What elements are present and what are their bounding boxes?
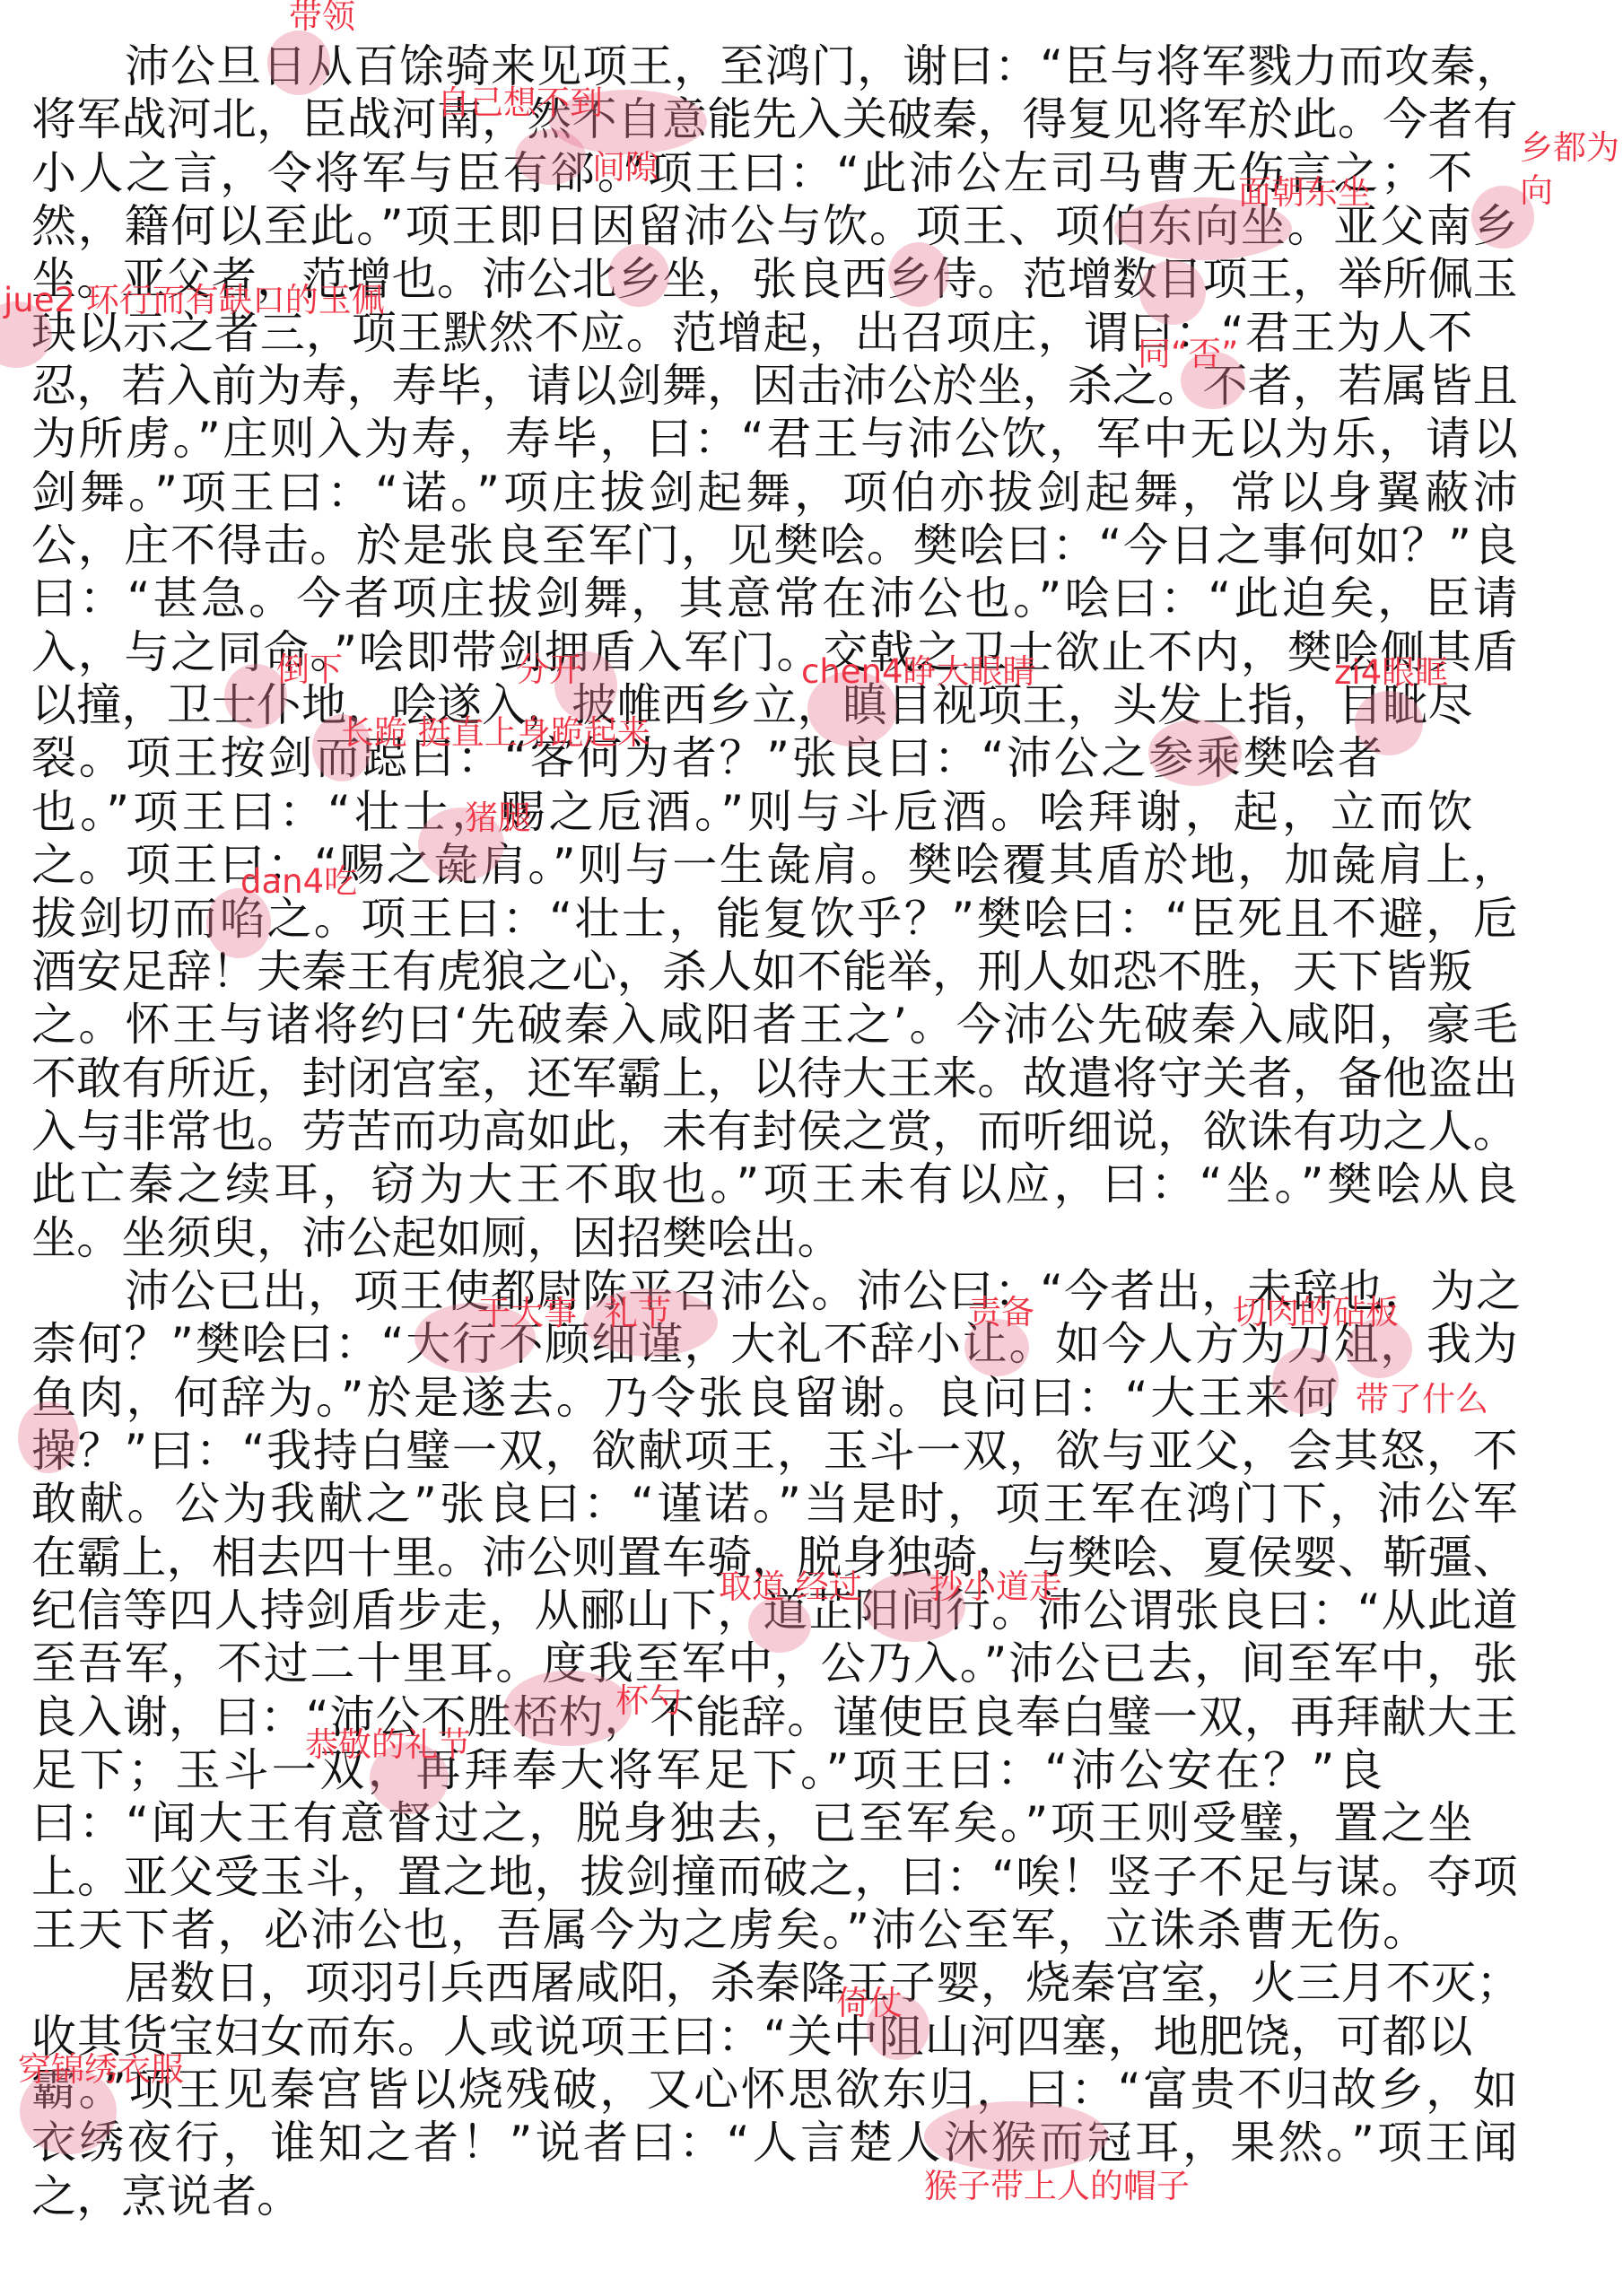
annotation-note: 抄小道走 xyxy=(929,1570,1062,1603)
text-line: 为所虏。”庄则入为寿，寿毕，曰：“君王与沛公饮，军中无以为乐，请以 xyxy=(31,413,1518,466)
text-line: 也。”项王曰：“壮士，赐之卮酒。”则与斗卮酒。哙拜谢，起，立而饮 xyxy=(31,786,1472,839)
text-line: 不敢有所近，封闭宫室，还军霸上，以待大王来。故遣将守关者，备他盗出 xyxy=(31,1052,1518,1105)
text-line: 敢献。公为我献之”张良曰：“谨诺。”当是时，项王军在鸿门下，沛公军 xyxy=(31,1478,1518,1531)
annotation-note: 倒下 xyxy=(276,653,343,686)
annotation-note: 穿锦绣衣服 xyxy=(18,2053,184,2086)
text-line: 以撞，卫士仆地，哙遂入，披帷西乡立，瞋目视项王，头发上指，目眦尽 xyxy=(31,679,1472,732)
annotation-note: 礼节 xyxy=(605,1296,671,1330)
annotation-note: 乡都为 xyxy=(1520,131,1619,164)
annotation-note: 杯勺 xyxy=(615,1684,682,1717)
annotation-note: 长跪 挺直上身跪起来 xyxy=(341,716,650,749)
annotation-note: 带了什么 xyxy=(1356,1383,1488,1416)
text-line: 之。怀王与诸将约曰‘先破秦入咸阳者王之’。今沛公先破秦入咸阳，豪毛 xyxy=(31,999,1518,1052)
annotation-note: 面朝东坐 xyxy=(1238,176,1371,209)
text-line: 鱼肉，何辞为。”於是遂去。乃令张良留谢。良问曰：“大王来何 xyxy=(31,1372,1338,1425)
text-line: 裂。项王按剑而跽曰：“客何为者？”张良曰：“沛公之参乘樊哙者 xyxy=(31,732,1383,785)
text-line: 居数日，项羽引兵西屠咸阳，杀秦降王子婴，烧秦宫室，火三月不灭； xyxy=(125,1957,1521,2010)
annotation-note: 猴子带上人的帽子 xyxy=(924,2169,1190,2203)
text-line: 至吾军，不过二十里耳。度我至军中，公乃入。”沛公已去，间至军中，张 xyxy=(31,1637,1518,1690)
annotation-note: 自己想不到 xyxy=(437,86,603,119)
text-line: 忍，若入前为寿，寿毕，请以剑舞，因击沛公於坐，杀之。不者，若属皆且 xyxy=(31,360,1518,413)
annotation-note: 取道 经过 xyxy=(719,1570,862,1603)
text-line: 霸。”项王见秦宫皆以烧残破，又心怀思欲东归，曰：“富贵不归故乡，如 xyxy=(31,2064,1518,2117)
text-line: 将军战河北，臣战河南，然不自意能先入关破秦，得复见将军於此。今者有 xyxy=(31,93,1518,146)
text-line: 王天下者，必沛公也，吾属今为之虏矣。”沛公至军，立诛杀曹无伤。 xyxy=(31,1904,1427,1957)
text-line: 操？”曰：“我持白璧一双，欲献项王，玉斗一双，欲与亚父，会其怒，不 xyxy=(31,1425,1518,1478)
text-line: 上。亚父受玉斗，置之地，拔剑撞而破之，曰：“唉！竖子不足与谋。夺项 xyxy=(31,1851,1518,1904)
text-line: 曰：“闻大王有意督过之，脱身独去，已至军矣。”项王则受璧，置之坐 xyxy=(31,1797,1472,1850)
text-line: 良入谢，曰：“沛公不胜桮杓，不能辞。谨使臣良奉白璧一双，再拜献大王 xyxy=(31,1691,1518,1744)
text-line: 坐。坐须臾，沛公起如厕，因招樊哙出。 xyxy=(31,1212,842,1265)
document-body: 沛公旦日从百馀骑来见项王，至鸿门，谢曰：“臣与将军戮力而攻秦， 将军战河北，臣战… xyxy=(31,40,1592,2223)
text-line: 曰：“甚急。今者项庄拔剑舞，其意常在沛公也。”哙曰：“此迫矣，臣请 xyxy=(31,572,1518,625)
annotation-note: jue2 环行而有缺口的玉佩 xyxy=(4,284,385,317)
text-line: 之，烹说者。 xyxy=(31,2170,301,2223)
annotation-note: 同“否” xyxy=(1138,337,1238,371)
annotation-note: 恭敬的礼节 xyxy=(305,1728,471,1761)
annotation-note: 向 xyxy=(1520,174,1553,207)
text-line: 入，与之同命。”哙即带剑拥盾入军门。交戟之卫士欲止不内，樊哙侧其盾 xyxy=(31,626,1518,679)
annotation-note: 带领 xyxy=(289,0,355,33)
annotation-note: 分开 xyxy=(516,653,582,686)
text-line: 公，庄不得击。於是张良至军门，见樊哙。樊哙曰：“今日之事何如？”良 xyxy=(31,519,1518,572)
annotation-note: chen4睁大眼睛 xyxy=(801,655,1036,688)
annotation-note: dan4吃 xyxy=(240,865,357,898)
text-line: 酒安足辞！夫秦王有虎狼之心，杀人如不能举，刑人如恐不胜，天下皆叛 xyxy=(31,946,1472,999)
annotation-note: 切肉的砧板 xyxy=(1233,1296,1399,1329)
text-line: 剑舞。”项王曰：“诺。”项庄拔剑起舞，项伯亦拔剑起舞，常以身翼蔽沛 xyxy=(31,467,1518,519)
annotation-note: 责备 xyxy=(968,1296,1034,1329)
text-line: 入与非常也。劳苦而功高如此，未有封侯之赏，而听细说，欲诛有功之人。 xyxy=(31,1105,1518,1158)
text-line: 沛公旦日从百馀骑来见项王，至鸿门，谢曰：“臣与将军戮力而攻秦， xyxy=(125,40,1521,93)
text-line: 衣绣夜行，谁知之者！”说者曰：“人言楚人沐猴而冠耳，果然。”项王闻 xyxy=(31,2117,1518,2169)
text-line: 此亡秦之续耳，窃为大王不取也。”项王未有以应，曰：“坐。”樊哙从良 xyxy=(31,1158,1518,1211)
annotation-note: 猪腿 xyxy=(465,801,531,834)
annotation-note: 干大事 xyxy=(477,1296,577,1330)
paragraph: 居数日，项羽引兵西屠咸阳，杀秦降王子婴，烧秦宫室，火三月不灭； 收其货宝妇女而东… xyxy=(31,1957,1592,2223)
text-line: 足下；玉斗一双，再拜奉大将军足下。”项王曰：“沛公安在？”良 xyxy=(31,1744,1383,1797)
document-page: 沛公旦日从百馀骑来见项王，至鸿门，谢曰：“臣与将军戮力而攻秦， 将军战河北，臣战… xyxy=(0,0,1623,2296)
annotation-note: zi4眼眶 xyxy=(1334,656,1448,689)
paragraph: 沛公已出，项王使都尉陈平召沛公。沛公曰：“今者出，未辞也，为之 柰何？”樊哙曰：… xyxy=(31,1265,1592,1957)
annotation-note: 间隙 xyxy=(592,151,659,184)
text-line: 收其货宝妇女而东。人或说项王曰：“关中阻山河四塞，地肥饶，可都以 xyxy=(31,2011,1472,2064)
annotation-note: 倚仗 xyxy=(836,1986,903,2020)
